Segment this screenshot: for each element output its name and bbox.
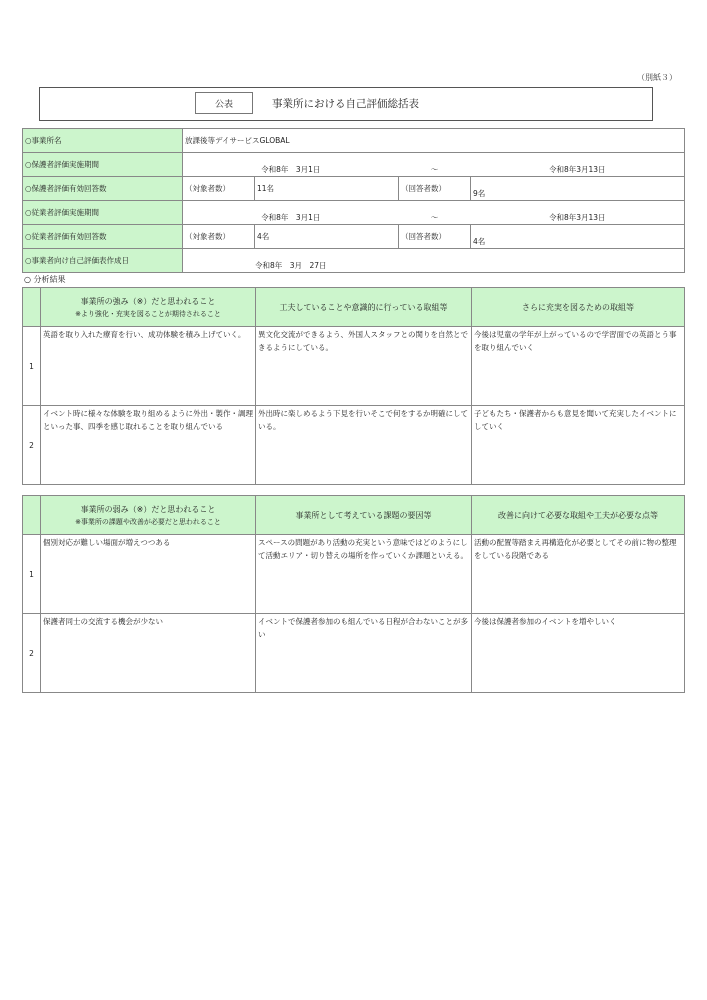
strengths-header-row: 事業所の強み（※）だと思われること※より強化・充実を図ることが期待されること 工… <box>23 288 685 327</box>
table-row: 2 保護者同士の交流する機会が少ない イベントで保護者参加のも組んでいる日程が合… <box>23 614 685 693</box>
staff-period-row: ○従業者評価実施期間 令和8年 3月1日 ～ 令和8年3月13日 <box>23 201 685 225</box>
row-number: 1 <box>23 535 41 614</box>
info-table: ○事業所名 放課後等デイサービスGLOBAL ○保護者評価実施期間 令和8年 3… <box>22 128 685 273</box>
annex-label: （別紙３） <box>637 72 677 83</box>
table-row: 2 イベント時に様々な体験を取り組めるように外出・製作・調理といった事、四季を感… <box>23 406 685 485</box>
cause-cell: イベントで保護者参加のも組んでいる日程が合わないことが多い <box>256 614 472 693</box>
staff-count-row: ○従業者評価有効回答数 （対象者数） 4名 （回答者数） 4名 <box>23 225 685 249</box>
weaknesses-header-1: 事業所の弱み（※）だと思われること※事業所の課題や改善が必要だと思われること <box>41 496 256 535</box>
guardian-period-row: ○保護者評価実施期間 令和8年 3月1日 ～ 令和8年3月13日 <box>23 153 685 177</box>
staff-target-label: （対象者数） <box>183 225 255 249</box>
staff-period-label: ○従業者評価実施期間 <box>23 201 183 225</box>
guardian-period-end: 令和8年3月13日 <box>471 153 685 177</box>
table-row: 1 英語を取り入れた療育を行い、成功体験を積み上げていく。 異文化交流ができるよ… <box>23 327 685 406</box>
staff-period-start: 令和8年 3月1日 <box>183 201 399 225</box>
created-date-row: ○事業者向け自己評価表作成日 令和8年 3月 27日 <box>23 249 685 273</box>
improvement-cell: 子どもたち・保護者からも意見を聞いて充実したイベントにしていく <box>472 406 685 485</box>
office-name-value: 放課後等デイサービスGLOBAL <box>183 129 685 153</box>
office-name-row: ○事業所名 放課後等デイサービスGLOBAL <box>23 129 685 153</box>
office-name-label: ○事業所名 <box>23 129 183 153</box>
staff-respondent-value: 4名 <box>471 225 685 249</box>
row-number: 1 <box>23 327 41 406</box>
guardian-target-label: （対象者数） <box>183 177 255 201</box>
effort-cell: 異文化交流ができるよう、外国人スタッフとの関りを自然とできるようにしている。 <box>256 327 472 406</box>
strengths-header-1: 事業所の強み（※）だと思われること※より強化・充実を図ることが期待されること <box>41 288 256 327</box>
table-row: 1 個別対応が難しい場面が増えつつある スペースの問題があり活動の充実という意味… <box>23 535 685 614</box>
row-number: 2 <box>23 406 41 485</box>
created-date-label: ○事業者向け自己評価表作成日 <box>23 249 183 273</box>
remedy-cell: 今後は保護者参加のイベントを増やしいく <box>472 614 685 693</box>
guardian-respondent-value: 9名 <box>471 177 685 201</box>
weaknesses-header-2: 事業所として考えている課題の要因等 <box>256 496 472 535</box>
guardian-count-row: ○保護者評価有効回答数 （対象者数） 11名 （回答者数） 9名 <box>23 177 685 201</box>
weaknesses-table: 事業所の弱み（※）だと思われること※事業所の課題や改善が必要だと思われること 事… <box>22 495 685 693</box>
staff-respondent-label: （回答者数） <box>399 225 471 249</box>
guardian-period-sep: ～ <box>399 153 471 177</box>
weaknesses-header-3: 改善に向けて必要な取組や工夫が必要な点等 <box>472 496 685 535</box>
staff-count-label: ○従業者評価有効回答数 <box>23 225 183 249</box>
staff-target-value: 4名 <box>255 225 399 249</box>
strengths-header-2: 工夫していることや意識的に行っている取組等 <box>256 288 472 327</box>
strength-cell: 英語を取り入れた療育を行い、成功体験を積み上げていく。 <box>41 327 256 406</box>
guardian-respondent-label: （回答者数） <box>399 177 471 201</box>
weakness-cell: 保護者同士の交流する機会が少ない <box>41 614 256 693</box>
strengths-table: 事業所の強み（※）だと思われること※より強化・充実を図ることが期待されること 工… <box>22 287 685 485</box>
guardian-period-label: ○保護者評価実施期間 <box>23 153 183 177</box>
guardian-period-start: 令和8年 3月1日 <box>183 153 399 177</box>
page-title: 事業所における自己評価総括表 <box>272 96 419 111</box>
staff-period-sep: ～ <box>399 201 471 225</box>
weaknesses-header-row: 事業所の弱み（※）だと思われること※事業所の課題や改善が必要だと思われること 事… <box>23 496 685 535</box>
guardian-target-value: 11名 <box>255 177 399 201</box>
created-date-value: 令和8年 3月 27日 <box>183 249 399 273</box>
cause-cell: スペースの問題があり活動の充実という意味ではどのようにして活動エリア・切り替えの… <box>256 535 472 614</box>
effort-cell: 外出時に楽しめるよう下見を行いそこで何をするか明確にしている。 <box>256 406 472 485</box>
remedy-cell: 活動の配置等踏まえ再構造化が必要としてその前に物の整理をしている段階である <box>472 535 685 614</box>
staff-period-end: 令和8年3月13日 <box>471 201 685 225</box>
strengths-header-3: さらに充実を図るための取組等 <box>472 288 685 327</box>
section-title: ○ 分析結果 <box>24 274 66 285</box>
row-number: 2 <box>23 614 41 693</box>
improvement-cell: 今後は児童の学年が上がっているので学習面での英語とう事を取り組んでいく <box>472 327 685 406</box>
guardian-count-label: ○保護者評価有効回答数 <box>23 177 183 201</box>
weakness-cell: 個別対応が難しい場面が増えつつある <box>41 535 256 614</box>
public-badge: 公表 <box>195 92 253 114</box>
strength-cell: イベント時に様々な体験を取り組めるように外出・製作・調理といった事、四季を感じ取… <box>41 406 256 485</box>
